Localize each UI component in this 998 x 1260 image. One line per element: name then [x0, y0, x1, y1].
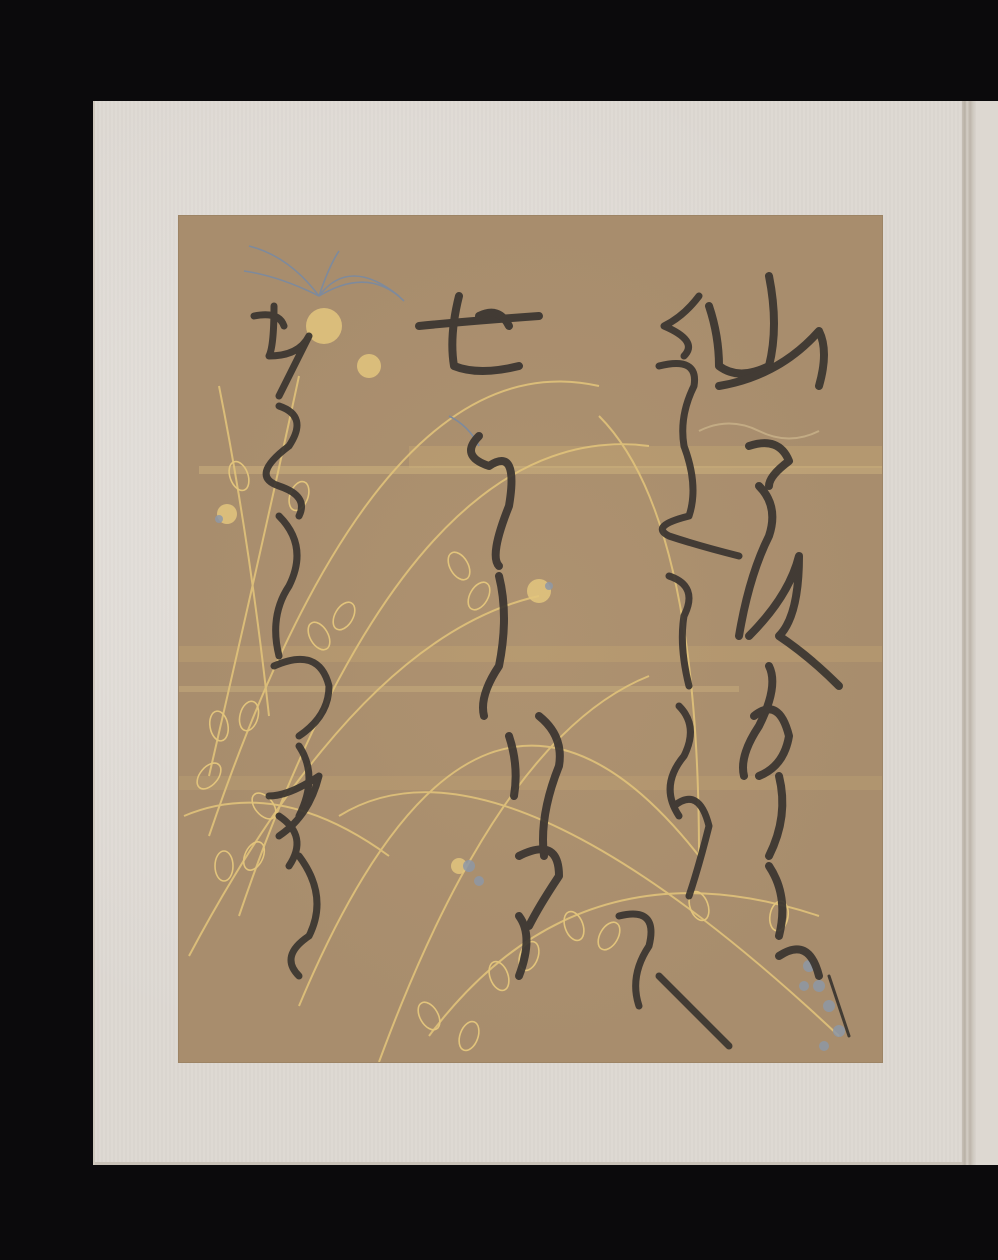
silver-grass [244, 246, 479, 446]
poem-sheet: 山さとは もの さひしき ことこそ あれ 世のうき よりは すみよかり けり [179, 216, 882, 1062]
adjacent-page-edge [976, 101, 998, 1165]
painting-layer [179, 216, 882, 1062]
album-fold [962, 101, 976, 1165]
